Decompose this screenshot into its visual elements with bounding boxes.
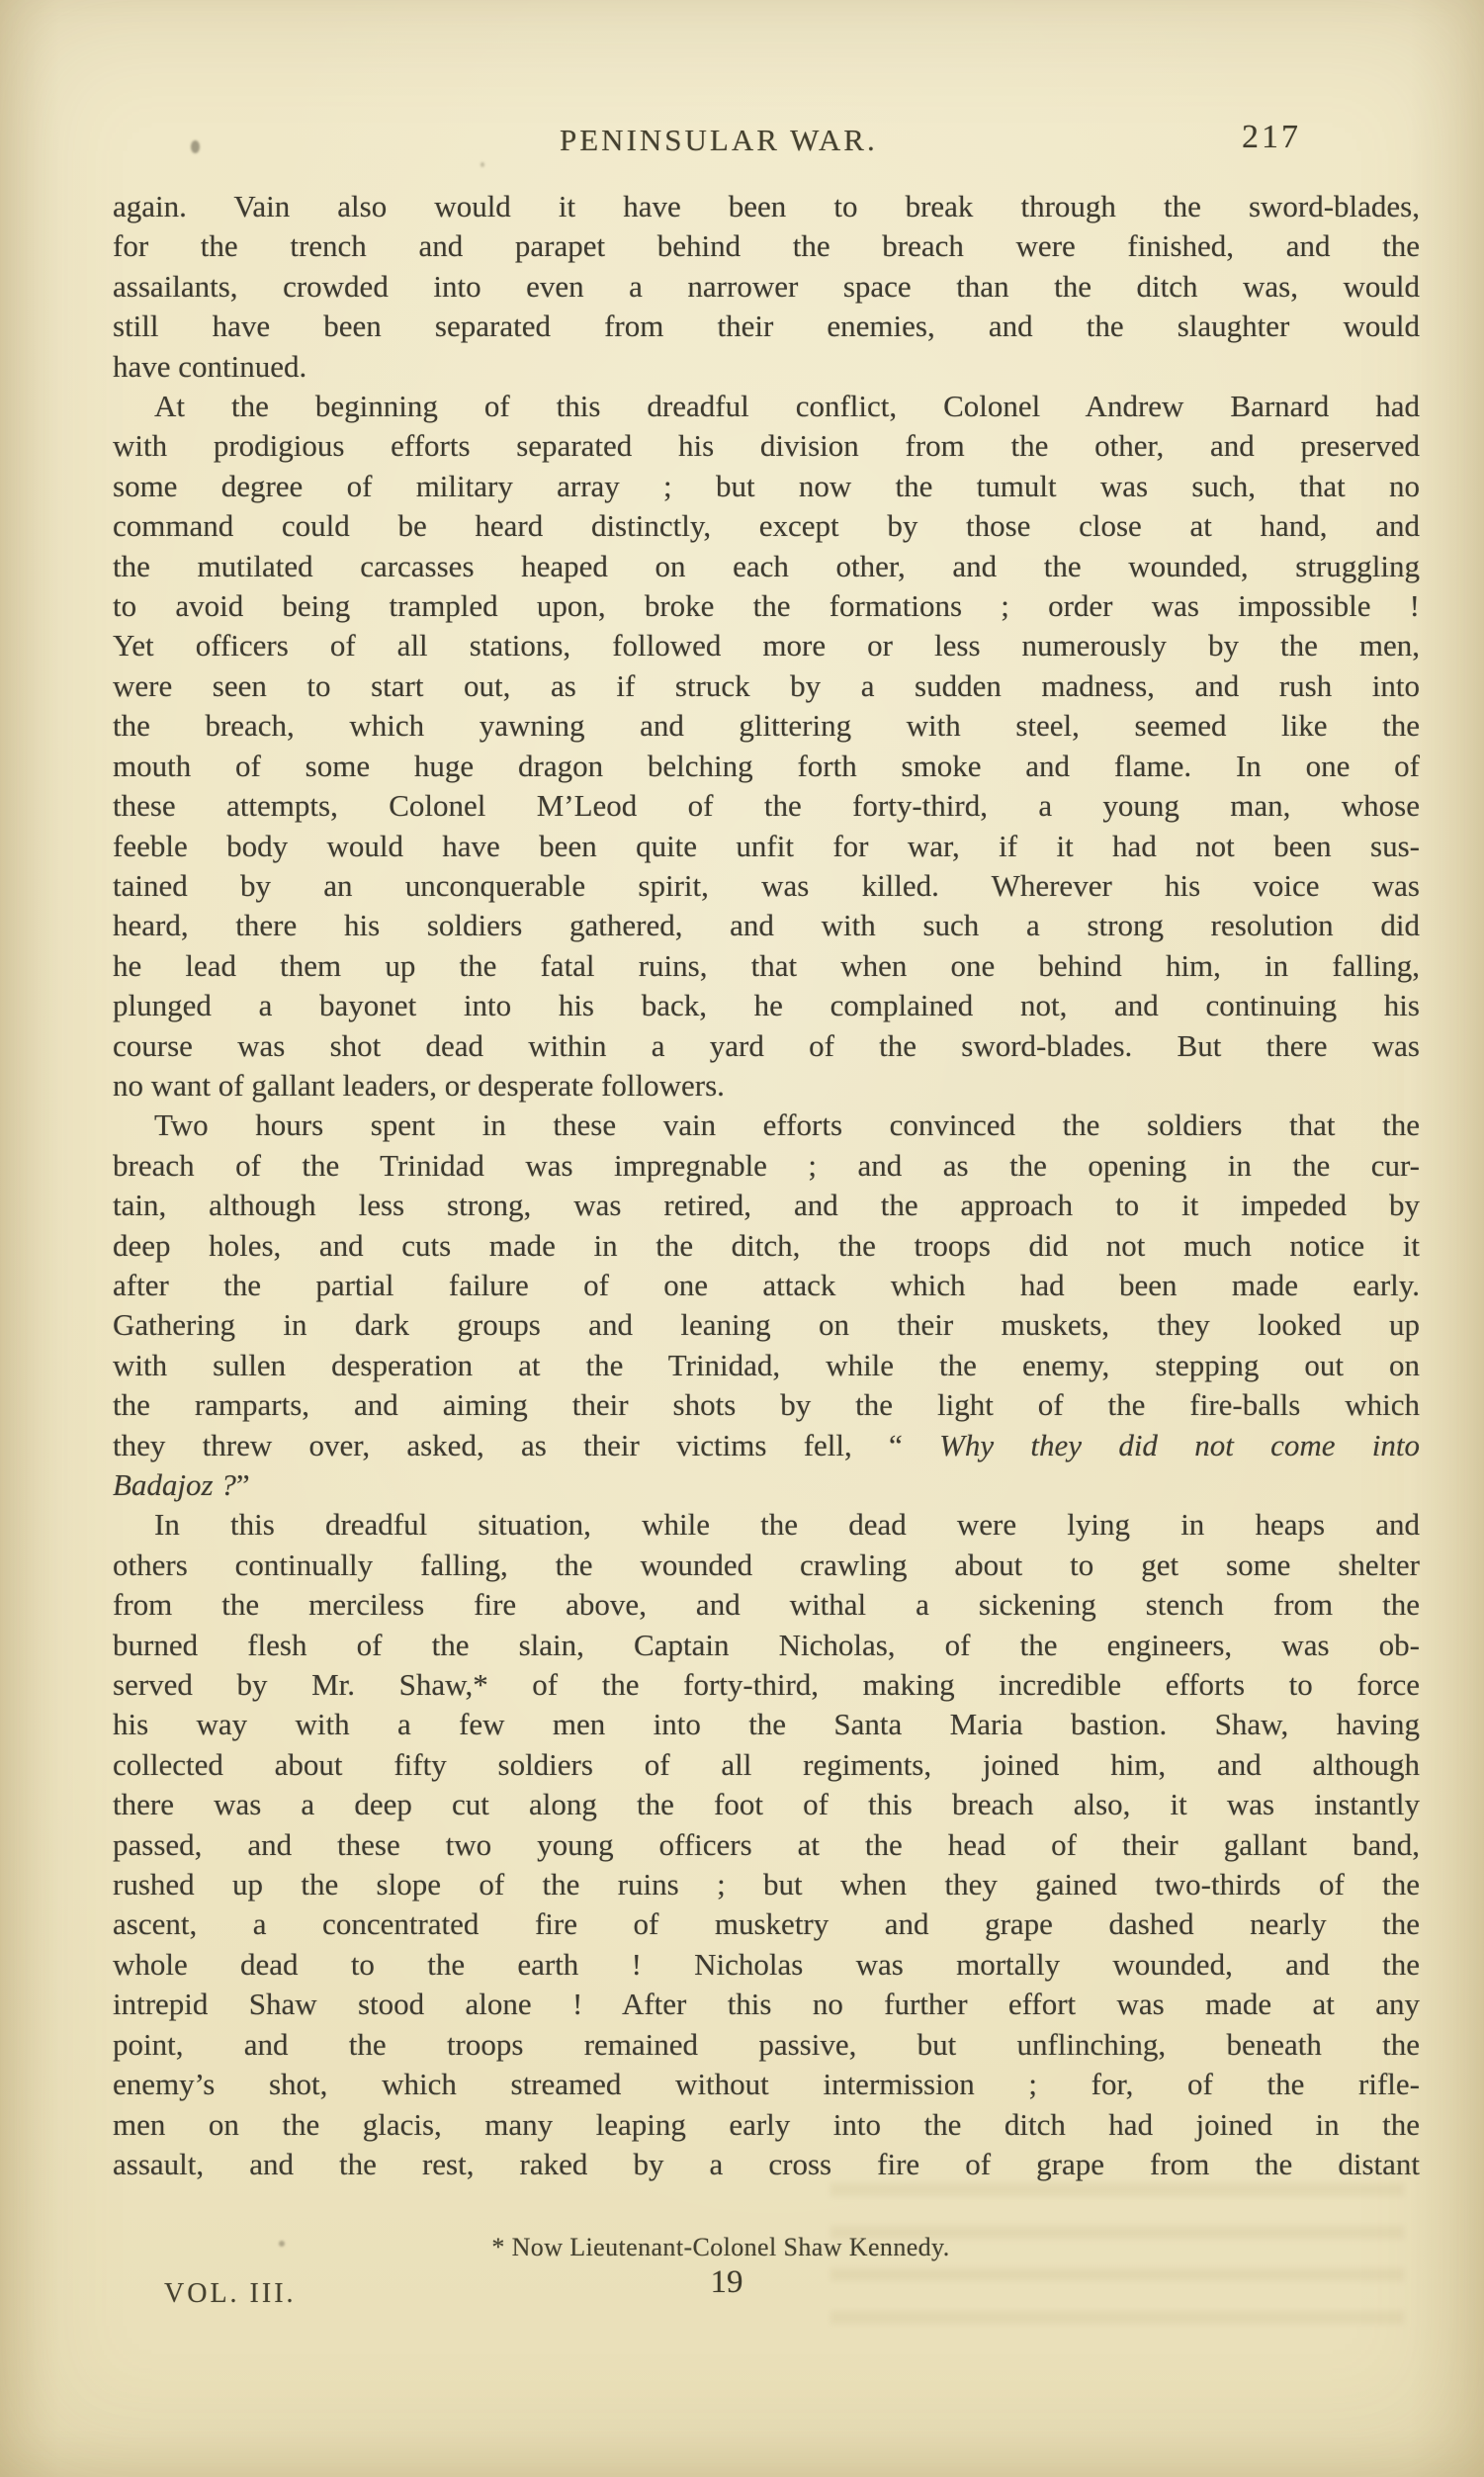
text-line: heard, there his soldiers gathered, and … (113, 906, 1420, 945)
text-line: At the beginning of this dreadful confli… (113, 387, 1420, 426)
ink-speck (191, 140, 200, 153)
text-line: he lead them up the fatal ruins, that wh… (113, 946, 1420, 986)
text-line: tain, although less strong, was retired,… (113, 1186, 1420, 1225)
text-line: Gathering in dark groups and leaning on … (113, 1305, 1420, 1345)
text-line: for the trench and parapet behind the br… (113, 226, 1420, 266)
text-line: men on the glacis, many leaping early in… (113, 2105, 1420, 2145)
text-line: have continued. (113, 347, 1420, 387)
text-line: the mutilated carcasses heaped on each o… (113, 547, 1420, 586)
text-line: the breach, which yawning and glittering… (113, 706, 1420, 746)
text-line: enemy’s shot, which streamed without int… (113, 2065, 1420, 2104)
text-line: whole dead to the earth ! Nicholas was m… (113, 1945, 1420, 1985)
text-line: from the merciless fire above, and witha… (113, 1585, 1420, 1625)
text-line: after the partial failure of one attack … (113, 1266, 1420, 1305)
running-head: PENINSULAR WAR. (560, 123, 878, 158)
text-line: his way with a few men into the Santa Ma… (113, 1705, 1420, 1744)
text-line: to avoid being trampled upon, broke the … (113, 586, 1420, 626)
text-block: again. Vain also would it have been to b… (113, 187, 1420, 2184)
text-line: Two hours spent in these vain efforts co… (113, 1106, 1420, 1145)
text-line: point, and the troops remained passive, … (113, 2025, 1420, 2065)
text-line: again. Vain also would it have been to b… (113, 187, 1420, 226)
text-line: course was shot dead within a yard of th… (113, 1026, 1420, 1066)
text-line: no want of gallant leaders, or desperate… (113, 1066, 1420, 1106)
paragraph: Two hours spent in these vain efforts co… (113, 1106, 1420, 1505)
text-line: deep holes, and cuts made in the ditch, … (113, 1226, 1420, 1266)
text-line: were seen to start out, as if struck by … (113, 666, 1420, 706)
page-number: 217 (1242, 119, 1301, 156)
text-line: plunged a bayonet into his back, he comp… (113, 986, 1420, 1025)
text-line: there was a deep cut along the foot of t… (113, 1785, 1420, 1824)
text-line: some degree of military array ; but now … (113, 467, 1420, 506)
paragraph: At the beginning of this dreadful confli… (113, 387, 1420, 1106)
text-line: the ramparts, and aiming their shots by … (113, 1385, 1420, 1425)
text-line: intrepid Shaw stood alone ! After this n… (113, 1985, 1420, 2024)
text-line: served by Mr. Shaw,* of the forty-third,… (113, 1665, 1420, 1705)
footnote: * Now Lieutenant-Colonel Shaw Kennedy. (113, 2233, 1329, 2262)
text-line: mouth of some huge dragon belching forth… (113, 747, 1420, 786)
text-line: collected about fifty soldiers of all re… (113, 1745, 1420, 1785)
text-line: Badajoz ?” (113, 1465, 1420, 1505)
text-line: with sullen desperation at the Trinidad,… (113, 1346, 1420, 1385)
text-line: feeble body would have been quite unfit … (113, 827, 1420, 866)
text-line: command could be heard distinctly, excep… (113, 506, 1420, 546)
volume-label: VOL. III. (164, 2278, 297, 2310)
paragraph: In this dreadful situation, while the de… (113, 1505, 1420, 2184)
text-line: passed, and these two young officers at … (113, 1825, 1420, 1865)
text-line: others continually falling, the wounded … (113, 1546, 1420, 1585)
text-line: ascent, a concentrated fire of musketry … (113, 1904, 1420, 1944)
book-page: PENINSULAR WAR. 217 again. Vain also wou… (0, 0, 1484, 2477)
text-line: rushed up the slope of the ruins ; but w… (113, 1865, 1420, 1904)
ink-speck (480, 162, 484, 167)
text-line: tained by an unconquerable spirit, was k… (113, 866, 1420, 906)
text-line: Yet officers of all stations, followed m… (113, 626, 1420, 665)
text-line: In this dreadful situation, while the de… (113, 1505, 1420, 1545)
signature-number: 19 (682, 2264, 771, 2301)
text-line: still have been separated from their ene… (113, 307, 1420, 346)
text-line: assailants, crowded into even a narrower… (113, 267, 1420, 307)
text-line: assault, and the rest, raked by a cross … (113, 2145, 1420, 2184)
text-line: these attempts, Colonel M’Leod of the fo… (113, 786, 1420, 826)
text-line: burned flesh of the slain, Captain Nicho… (113, 1626, 1420, 1665)
text-line: they threw over, asked, as their victims… (113, 1426, 1420, 1465)
text-line: breach of the Trinidad was impregnable ;… (113, 1146, 1420, 1186)
text-line: with prodigious efforts separated his di… (113, 426, 1420, 466)
paragraph: again. Vain also would it have been to b… (113, 187, 1420, 387)
